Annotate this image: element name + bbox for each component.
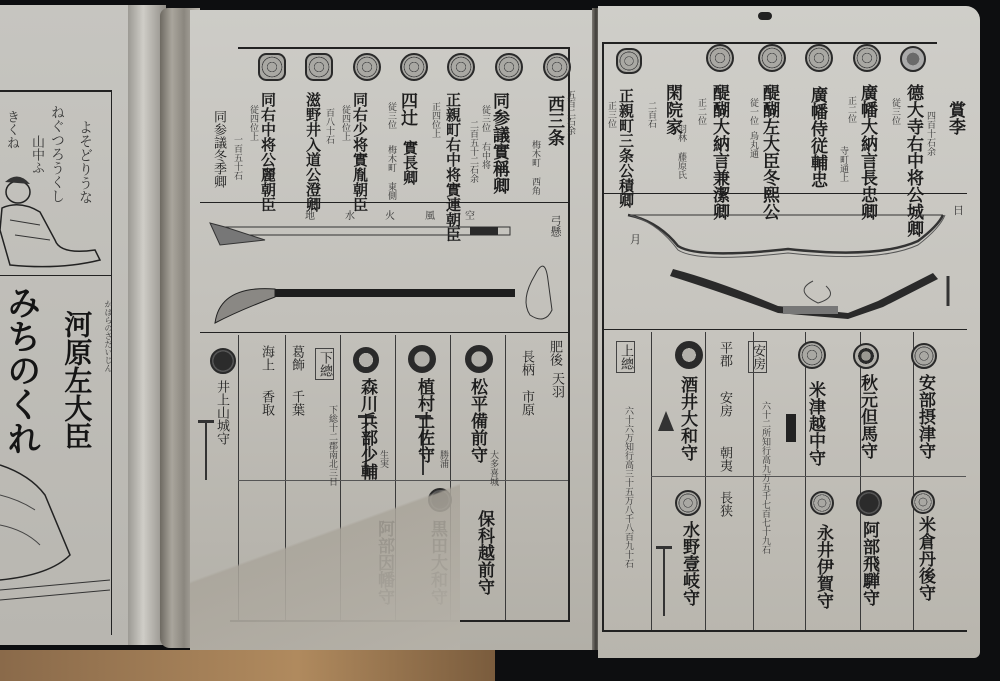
right-page: 賞李 德大寺右中将公城卿 従三位 四百十石余 廣幡大納言長忠卿 正二位 寺町通上… xyxy=(598,6,980,658)
province-name: 下總 xyxy=(315,348,334,380)
noble-address: 烏丸通 xyxy=(748,131,757,158)
family-crest-icon xyxy=(353,53,381,81)
family-crest-icon xyxy=(675,341,703,369)
family-crest-icon xyxy=(465,345,493,373)
daimyo-name: 米倉丹後守 xyxy=(916,516,933,601)
daimyo-name: 秋元但馬守 xyxy=(858,374,875,459)
daimyo-name: 永井伊賀守 xyxy=(814,524,831,609)
noble-name: 同右少将實胤朝臣 xyxy=(352,92,367,212)
noble-stipend: 百八十石 xyxy=(324,108,333,144)
district-name: 平郡 xyxy=(718,341,731,367)
seated-figure-illustration xyxy=(0,170,105,270)
noble-rank: 正四位上 xyxy=(430,102,439,138)
family-crest-icon xyxy=(856,490,882,516)
family-crest-icon xyxy=(353,347,379,373)
noble-name: 實長卿 xyxy=(402,140,417,185)
noble-name: 廣幡大納言長忠卿 xyxy=(858,84,875,220)
district-name: 市原 xyxy=(520,390,533,416)
family-crest-icon xyxy=(408,345,436,373)
robe-illustration xyxy=(0,455,110,605)
province-note: 六十二所知行高九万五千七百七十九石 xyxy=(760,401,769,554)
family-crest-icon xyxy=(805,44,833,72)
family-crest-icon xyxy=(853,343,879,369)
left-page: 西三条 五百二石余 梅木町 西角 同参議實稱卿 従三位 右中将 正親町右中将實連… xyxy=(190,10,595,650)
noble-name: 同参議實稱卿 xyxy=(490,92,507,194)
caption-furigana: かはらのさだいじん xyxy=(104,300,112,372)
poem-line: きくね xyxy=(5,110,18,149)
noble-stipend: 二百五十二石余 xyxy=(468,120,477,183)
noble-stipend: 二百石 xyxy=(646,101,655,128)
noble-rank: 正三位 xyxy=(606,101,615,128)
caption-kawara-sadaijin: 河原左大臣 xyxy=(62,310,91,450)
torn-fold xyxy=(190,470,460,650)
daimyo-castle: 大多喜城 xyxy=(488,450,497,486)
daimyo-name: 井上山城守 xyxy=(215,380,228,445)
bottom-book xyxy=(0,650,495,681)
family-crest-icon xyxy=(447,53,475,81)
district-name: 朝夷 xyxy=(718,446,731,472)
banner-icon xyxy=(786,414,796,442)
family-crest-icon xyxy=(258,53,286,81)
noble-rank: 従一位 xyxy=(748,98,757,125)
family-crest-icon xyxy=(495,53,523,81)
noble-name: 廣幡侍従輔忠 xyxy=(808,86,825,188)
daimyo-castle: 生実 xyxy=(378,450,387,468)
daimyo-name: 水野壹岐守 xyxy=(680,521,697,606)
noble-stipend: 四百十石余 xyxy=(925,111,934,156)
family-crest-icon xyxy=(911,490,935,514)
noble-rank: 従三位 xyxy=(890,98,899,125)
noble-rank: 従四位上 xyxy=(248,105,257,141)
district-name: 香取 xyxy=(260,390,273,416)
family-crest-icon xyxy=(400,53,428,81)
noble-name: 同参議冬季卿 xyxy=(212,110,225,188)
ink-blot xyxy=(758,12,772,20)
family-crest-icon xyxy=(543,53,571,81)
title-large: みちのくれ xyxy=(2,285,38,455)
noble-rank: 正二位 xyxy=(696,98,705,125)
daimyo-name: 松平備前守 xyxy=(468,378,485,463)
family-crest-icon xyxy=(810,491,834,515)
poem-line: 山中ふ xyxy=(30,135,43,174)
noble-name: 滋野井入道公澄卿 xyxy=(305,92,320,212)
noble-rank: 従三位 xyxy=(386,102,395,129)
noble-address: 羽林 藤原氏 xyxy=(676,124,685,179)
family-crest-icon xyxy=(911,343,937,369)
family-crest-icon xyxy=(758,44,786,72)
daimyo-name: 保科越前守 xyxy=(475,510,492,595)
province-name: 上總 xyxy=(616,341,635,373)
noble-name: 同右中将公麗朝臣 xyxy=(260,92,275,212)
noble-stipend: 一百五十石 xyxy=(232,135,241,180)
spear-icon xyxy=(658,411,674,431)
family-crest-icon xyxy=(305,53,333,81)
daimyo-name: 米津越中守 xyxy=(806,381,823,466)
glove-label: 弓懸 xyxy=(550,215,561,237)
noble-name: 醍醐大納言兼潔卿 xyxy=(710,84,727,220)
daimyo-castle: 勝浦 xyxy=(438,450,447,468)
daimyo-name: 森川兵部少輔 xyxy=(358,378,375,480)
noble-name: 西三条 xyxy=(545,95,562,146)
district-name: 千葉 xyxy=(290,390,303,416)
district-name: 海上 xyxy=(260,345,273,371)
family-crest-icon xyxy=(210,348,236,374)
arrow-quiver-diagram xyxy=(200,215,570,330)
family-crest-icon xyxy=(853,44,881,72)
left-book: よそどりうな ねぐつろうくし 山中ふ きくね みちのくれ 河原左大臣 かはらのさ… xyxy=(0,5,165,645)
province-note: 六十六万知行高三十五万八千八百九十石 xyxy=(623,406,632,568)
noble-name: 正親町三条公積卿 xyxy=(618,88,633,208)
family-crest-icon xyxy=(798,341,826,369)
noble-address: 梅木町 西角 xyxy=(530,140,539,195)
district-name: 長柄 xyxy=(520,350,533,376)
family-crest-icon xyxy=(616,48,642,74)
noble-rank: 従四位上 xyxy=(340,105,349,141)
daimyo-name: 阿部飛騨守 xyxy=(860,521,877,606)
district-name: 天羽 xyxy=(550,372,563,398)
bow-sword-diagram xyxy=(618,201,958,326)
noble-rank: 正二位 xyxy=(846,96,855,123)
family-crest-icon xyxy=(706,44,734,72)
daimyo-name: 酒井大和守 xyxy=(678,376,695,461)
district-name: 長狭 xyxy=(718,491,731,517)
family-crest-icon xyxy=(900,46,926,72)
family-crest-icon xyxy=(675,490,701,516)
daimyo-name: 安部摂津守 xyxy=(916,374,933,459)
noble-name: 醍醐左大臣冬熙公 xyxy=(760,84,777,220)
noble-name: 四辻 xyxy=(398,92,415,126)
district-name: 安房 xyxy=(718,391,731,417)
noble-address: 寺町通上 xyxy=(838,146,847,182)
province-name: 肥後 xyxy=(548,340,561,366)
page-header: 賞李 xyxy=(946,101,963,135)
district-name: 葛飾 xyxy=(290,345,303,371)
spear-icon xyxy=(663,546,665,616)
noble-address: 梅木町 東側 xyxy=(386,145,395,200)
noble-rank: 従三位 右中将 xyxy=(480,105,489,169)
noble-rank: 五百二石余 xyxy=(565,90,574,135)
province-name: 安房 xyxy=(748,341,767,373)
daimyo-name: 植村土佐守 xyxy=(415,378,432,463)
